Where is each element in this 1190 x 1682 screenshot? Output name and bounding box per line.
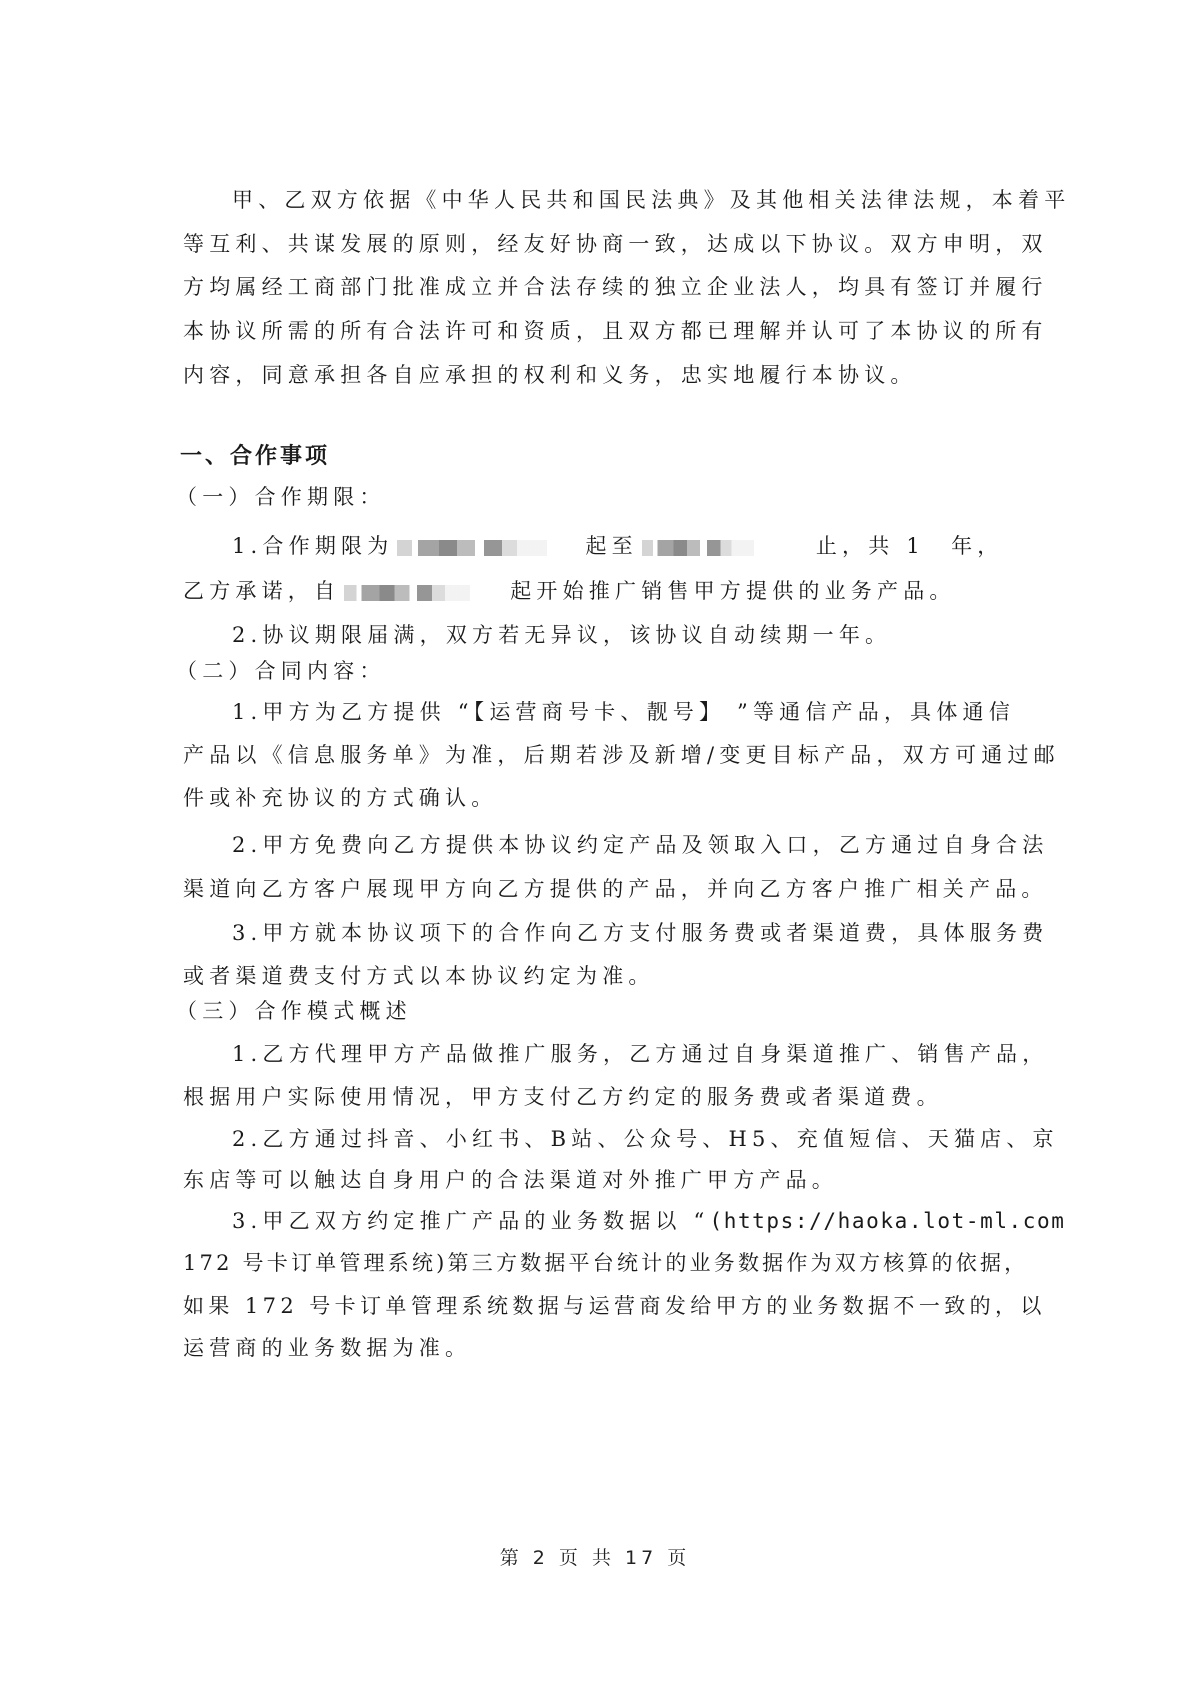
model-item-1-line-1: 1.乙方代理甲方产品做推广服务，乙方通过自身渠道推广、销售产品， xyxy=(232,1040,1048,1068)
preamble-line-1: 甲、乙双方依据《中华人民共和国民法典》及其他相关法律法规，本着平 xyxy=(232,186,1070,214)
content-item-1-line-3: 件或补充协议的方式确认。 xyxy=(183,784,497,812)
term-item-2: 2.协议期限届满，双方若无异议，该协议自动续期一年。 xyxy=(232,621,891,649)
data-source-url: (https://haoka.lot-ml.com xyxy=(709,1209,1065,1233)
term-item-1-line-2: 乙方承诺，自起开始推广销售甲方提供的业务产品。 xyxy=(183,577,956,605)
content-item-2-line-1: 2.甲方免费向乙方提供本协议约定产品及领取入口，乙方通过自身合法 xyxy=(232,831,1048,859)
model-item-3-line-2: 172 号卡订单管理系统)第三方数据平台统计的业务数据作为双方核算的依据， xyxy=(183,1249,1028,1277)
redacted-promo-start-date xyxy=(344,585,470,601)
content-item-3-line-2: 或者渠道费支付方式以本协议约定为准。 xyxy=(183,962,655,990)
model-item-2-line-1: 2.乙方通过抖音、小红书、B站、公众号、H5、充值短信、天猫店、京 xyxy=(232,1125,1059,1153)
content-item-2-line-2: 渠道向乙方客户展现甲方向乙方提供的产品，并向乙方客户推广相关产品。 xyxy=(183,875,1048,903)
preamble-line-4: 本协议所需的所有合法许可和资质，且双方都已理解并认可了本协议的所有 xyxy=(183,317,1048,345)
content-item-1-line-1: 1.甲方为乙方提供 “【运营商号卡、靓号】 ”等通信产品，具体通信 xyxy=(232,698,1015,726)
model-item-3-line-4: 运营商的业务数据为准。 xyxy=(183,1334,471,1362)
promise-prefix: 乙方承诺，自 xyxy=(183,579,340,603)
preamble-line-3: 方均属经工商部门批准成立并合法存续的独立企业法人，均具有签订并履行 xyxy=(183,273,1048,301)
term-suffix: 止，共 1 年， xyxy=(816,534,1004,558)
subsection-title-term: （一）合作期限： xyxy=(176,483,386,511)
model-item-1-line-2: 根据用户实际使用情况，甲方支付乙方约定的服务费或者渠道费。 xyxy=(183,1083,943,1111)
subsection-title-model: （三）合作模式概述 xyxy=(176,997,412,1025)
content-item-1-line-2: 产品以《信息服务单》为准，后期若涉及新增/变更目标产品，双方可通过邮 xyxy=(183,741,1060,769)
redacted-start-date xyxy=(397,540,547,556)
subsection-title-content: （二）合同内容： xyxy=(176,657,386,685)
page-number-footer: 第 2 页 共 17 页 xyxy=(0,1543,1190,1570)
content-item-3-line-1: 3.甲方就本协议项下的合作向乙方支付服务费或者渠道费，具体服务费 xyxy=(232,919,1048,947)
term-mid: 起至 xyxy=(585,534,637,558)
preamble-line-5: 内容，同意承担各自应承担的权利和义务，忠实地履行本协议。 xyxy=(183,361,917,389)
preamble-line-2: 等互利、共谋发展的原则，经友好协商一致，达成以下协议。双方申明，双 xyxy=(183,230,1048,258)
section-heading-cooperation: 一、合作事项 xyxy=(180,439,330,470)
data-source-prefix: 3.甲乙双方约定推广产品的业务数据以 “ xyxy=(232,1209,709,1233)
redacted-end-date xyxy=(642,540,754,556)
term-prefix: 1.合作期限为 xyxy=(232,534,393,558)
term-item-1-line-1: 1.合作期限为起至止，共 1 年， xyxy=(232,532,1003,560)
model-item-3-line-3: 如果 172 号卡订单管理系统数据与运营商发给甲方的业务数据不一致的，以 xyxy=(183,1292,1046,1320)
promise-suffix: 起开始推广销售甲方提供的业务产品。 xyxy=(510,579,955,603)
model-item-3-line-1: 3.甲乙双方约定推广产品的业务数据以 “(https://haoka.lot-m… xyxy=(232,1207,1066,1235)
model-item-2-line-2: 东店等可以触达自身用户的合法渠道对外推广甲方产品。 xyxy=(183,1166,838,1194)
document-page: 甲、乙双方依据《中华人民共和国民法典》及其他相关法律法规，本着平 等互利、共谋发… xyxy=(0,0,1190,1682)
